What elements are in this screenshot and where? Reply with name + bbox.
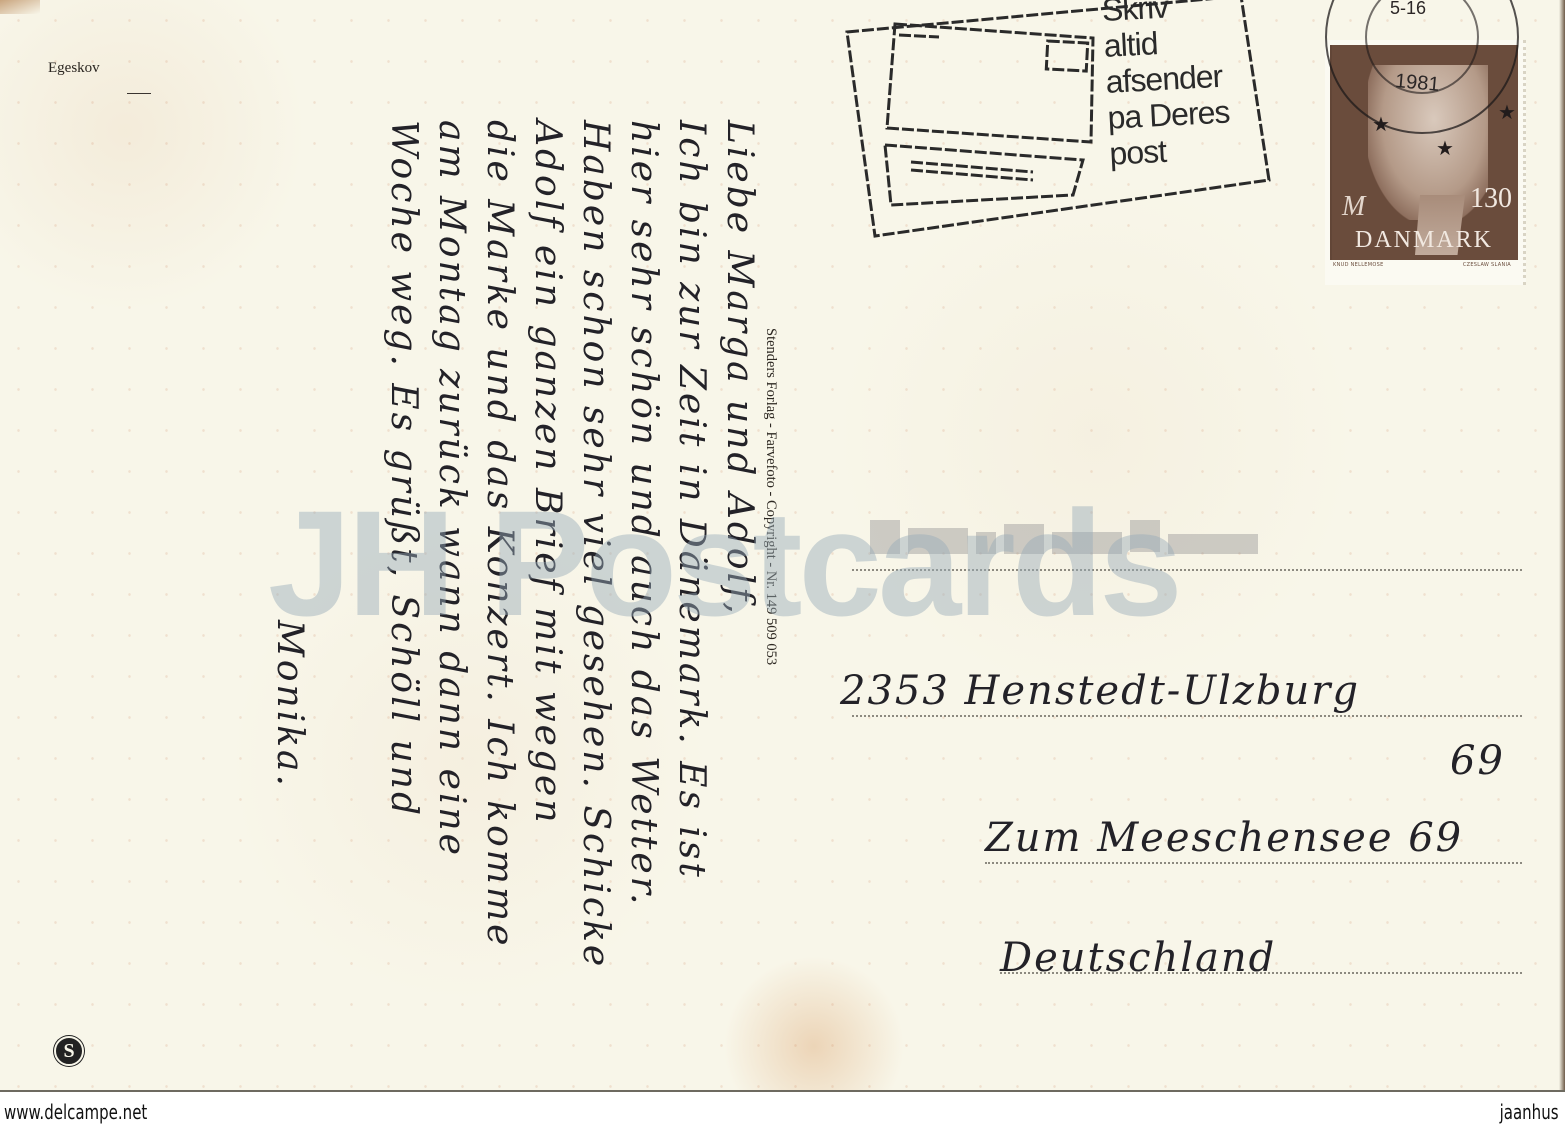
address-line-3 [985, 862, 1522, 864]
worn-corner [0, 0, 40, 14]
address-house-number: 69 [1450, 738, 1505, 784]
star-icon: ★ [1436, 136, 1454, 160]
stamp-designer: KNUD NELLEMOSE [1333, 262, 1384, 268]
place-underline [127, 93, 151, 94]
stamp-engraver: CZESLAW SLANIA [1463, 262, 1511, 268]
star-icon: ★ [1372, 112, 1390, 136]
star-icon: ★ [1498, 100, 1516, 124]
publisher-logo: S [54, 1036, 84, 1066]
stamp-country: DANMARK [1330, 227, 1518, 254]
place-name: Egeskov [48, 60, 100, 77]
seller-name: jaanhus [1500, 1100, 1559, 1124]
source-site: www.delcampe.net [4, 1100, 147, 1124]
address-line-2 [852, 715, 1522, 717]
cancel-date: 5-16 [1390, 0, 1426, 19]
stamp-value: 130 [1470, 183, 1512, 215]
card-edge [1559, 0, 1565, 1090]
slogan-postmark: Skriv altid afsender pa Deres post [843, 0, 1273, 240]
watermark: JH Postcards [268, 488, 1179, 638]
cancel-year: 1981 [1394, 70, 1440, 97]
footer-bar: www.delcampe.net jaanhus [0, 1092, 1565, 1131]
slogan-text: Skriv altid afsender pa Deres post [1101, 0, 1232, 172]
message-line: Woche weg. Es grüßt, Schöll und [383, 120, 424, 818]
message-line: Adolf ein ganzen Brief mit wegen [527, 120, 568, 826]
royal-monogram-icon: M [1342, 191, 1365, 223]
address-city: 2353 Henstedt-Ulzburg [840, 668, 1360, 714]
address-line-4 [1000, 972, 1522, 974]
address-street: Zum Meeschensee 69 [985, 815, 1463, 861]
slogan-line: pa Deres [1107, 93, 1231, 135]
slogan-line: post [1109, 129, 1233, 171]
postcard-back: Egeskov Liebe Marga und Adolf, Ich bin z… [0, 0, 1565, 1092]
address-country: Deutschland [1000, 935, 1276, 981]
